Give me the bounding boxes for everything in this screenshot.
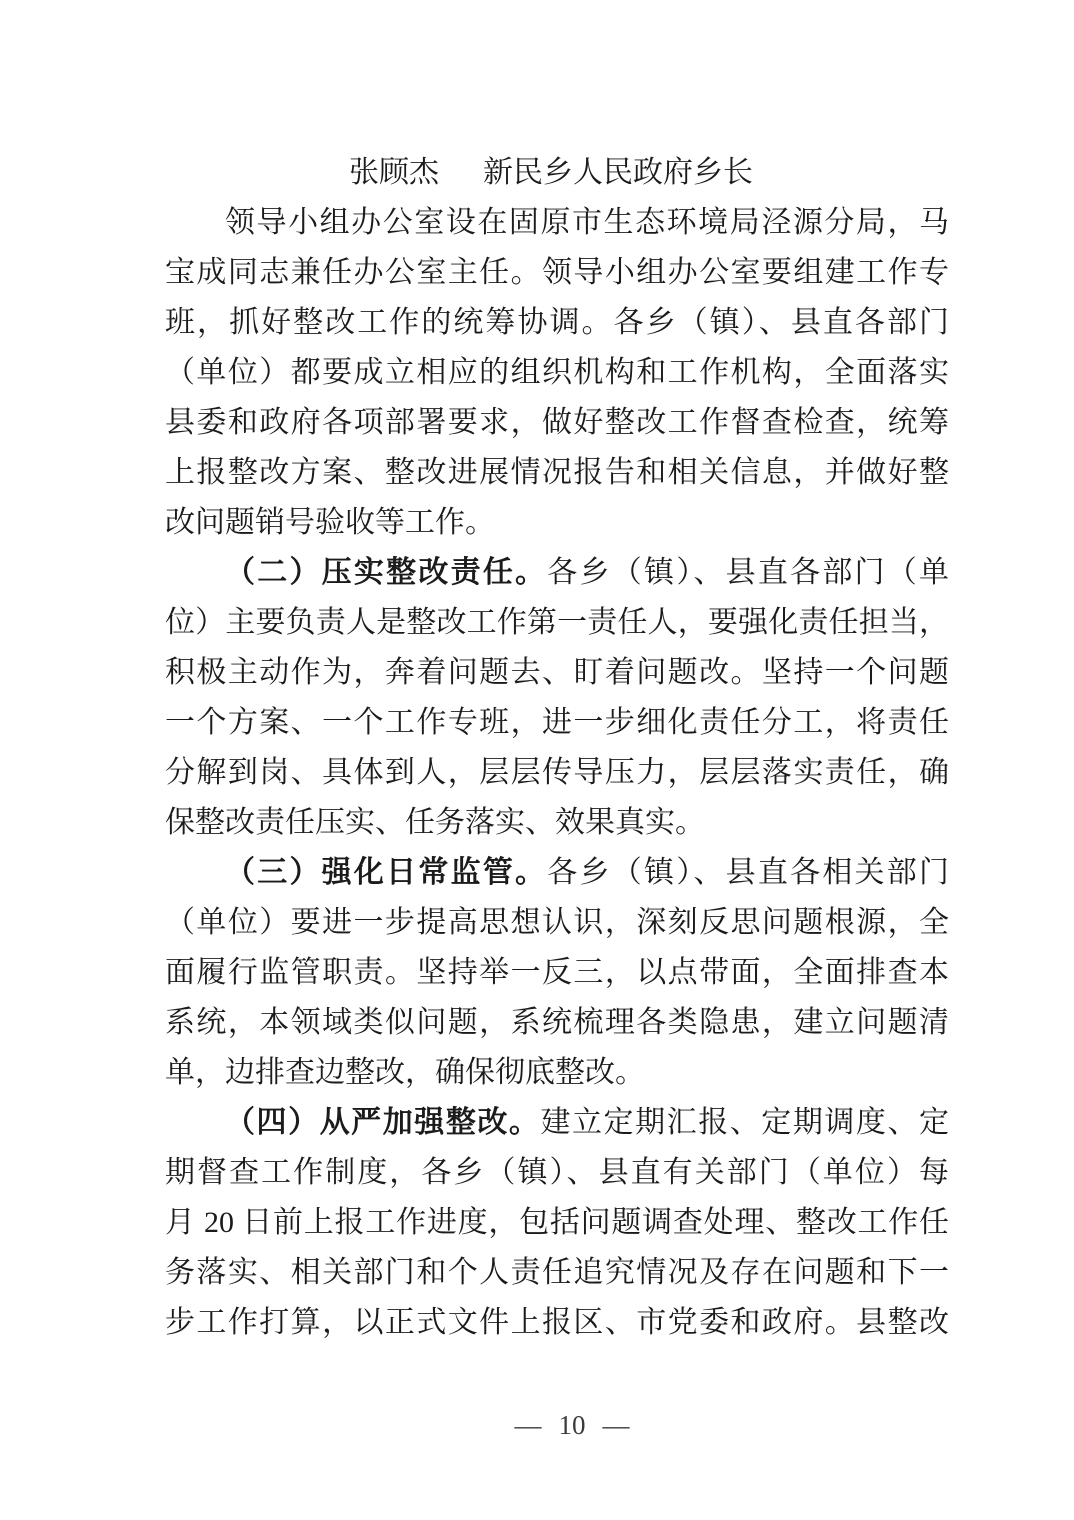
text-line: 县委和政府各项部署要求，做好整改工作督查检查，统筹 — [165, 398, 949, 448]
text-line: 务落实、相关部门和个人责任追究情况及存在问题和下一 — [165, 1248, 949, 1298]
section-heading: （二）压实整改责任。 — [225, 556, 547, 589]
text-line: 步工作打算，以正式文件上报区、市党委和政府。县整改 — [165, 1298, 949, 1348]
text-line: 单，边排查边整改，确保彻底整改。 — [165, 1048, 949, 1098]
text-line: 班，抓好整改工作的统筹协调。各乡（镇）、县直各部门 — [165, 298, 949, 348]
text-line: （二）压实整改责任。各乡（镇）、县直各部门（单 — [165, 548, 949, 598]
text-line: 面履行监管职责。坚持举一反三，以点带面，全面排查本 — [165, 948, 949, 998]
text-line: 领导小组办公室设在固原市生态环境局泾源分局，马 — [165, 198, 949, 248]
signature-line: 张顾杰 新民乡人民政府乡长 — [165, 148, 949, 198]
text-line: 改问题销号验收等工作。 — [165, 498, 949, 548]
text-line: 分解到岗、具体到人，层层传导压力，层层落实责任，确 — [165, 748, 949, 798]
text-line: （单位）都要成立相应的组织机构和工作机构，全面落实 — [165, 348, 949, 398]
section-heading: （四）从严加强整改。 — [225, 1106, 540, 1139]
text-line: （三）强化日常监管。各乡（镇）、县直各相关部门 — [165, 848, 949, 898]
page-number: 10 — [559, 1405, 586, 1445]
text-run: 各乡（镇）、县直各相关部门 — [547, 856, 949, 889]
footer-dash-left: — — [515, 1405, 542, 1445]
footer-dash-right: — — [603, 1405, 630, 1445]
text-run: 建立定期汇报、定期调度、定 — [540, 1106, 949, 1139]
text-line: 宝成同志兼任办公室主任。领导小组办公室要组建工作专 — [165, 248, 949, 298]
text-line: 保整改责任压实、任务落实、效果真实。 — [165, 798, 949, 848]
text-line: 积极主动作为，奔着问题去、盯着问题改。坚持一个问题 — [165, 648, 949, 698]
signatory-name: 张顾杰 — [349, 148, 439, 198]
page-text-block: 张顾杰 新民乡人民政府乡长 领导小组办公室设在固原市生态环境局泾源分局，马 宝成… — [165, 148, 949, 1348]
text-line: 上报整改方案、整改进展情况报告和相关信息，并做好整 — [165, 448, 949, 498]
text-line: 月 20 日前上报工作进度，包括问题调查处理、整改工作任 — [165, 1198, 949, 1248]
document-page: 张顾杰 新民乡人民政府乡长 领导小组办公室设在固原市生态环境局泾源分局，马 宝成… — [0, 0, 1074, 1520]
text-line: 一个方案、一个工作专班，进一步细化责任分工，将责任 — [165, 698, 949, 748]
text-line: 系统，本领域类似问题，系统梳理各类隐患，建立问题清 — [165, 998, 949, 1048]
text-line: 期督查工作制度，各乡（镇）、县直有关部门（单位）每 — [165, 1148, 949, 1198]
text-line: 位）主要负责人是整改工作第一责任人，要强化责任担当， — [165, 598, 949, 648]
page-footer: — 10 — — [165, 1405, 949, 1445]
text-run: 各乡（镇）、县直各部门（单 — [547, 556, 949, 589]
text-line: （单位）要进一步提高思想认识，深刻反思问题根源，全 — [165, 898, 949, 948]
section-heading: （三）强化日常监管。 — [225, 856, 547, 889]
text-line: （四）从严加强整改。建立定期汇报、定期调度、定 — [165, 1098, 949, 1148]
signatory-title: 新民乡人民政府乡长 — [483, 148, 753, 198]
